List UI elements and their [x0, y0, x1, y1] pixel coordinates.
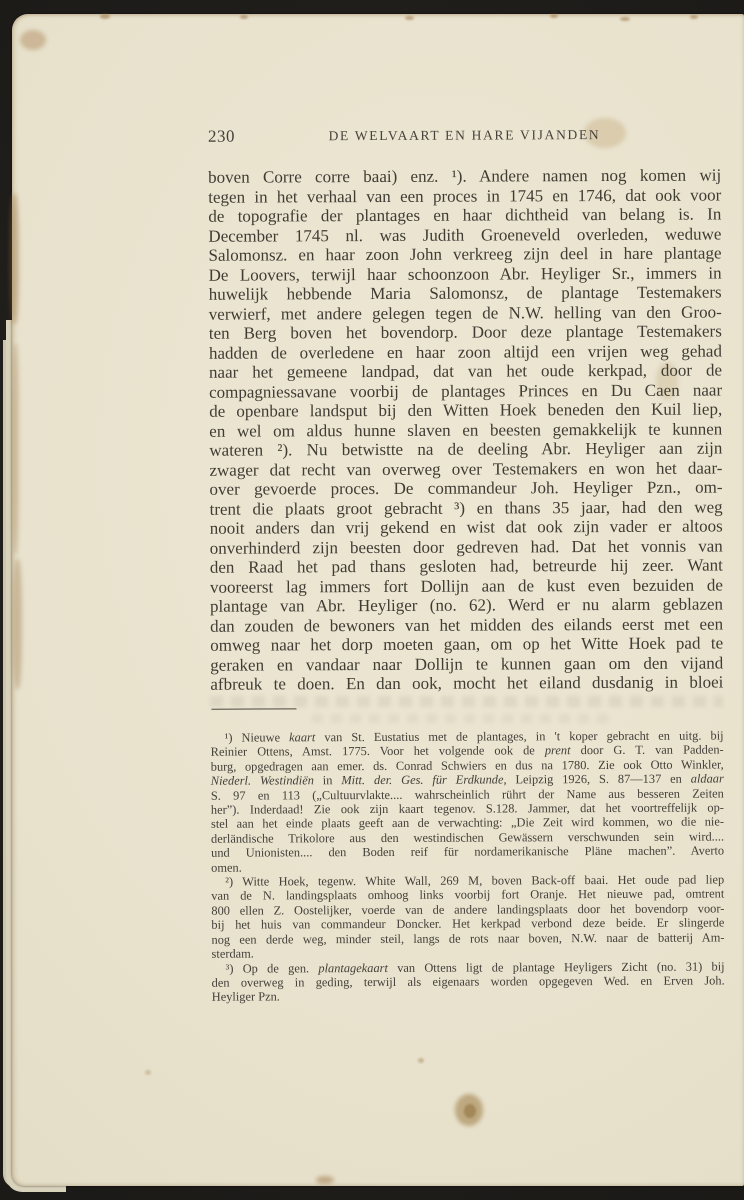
text-line: den Raad het pad thans gesloten had, bet… [210, 555, 723, 577]
running-header: DE WELVAART EN HARE VIJANDEN [208, 126, 721, 144]
text-line: De Loovers, terwijl haar schoonzoon Abr.… [209, 263, 722, 285]
text-line: zwager dat recht van overweg over Testem… [209, 458, 722, 480]
text-line: huwelijk hebbende Maria Salomonsz, de pl… [209, 282, 722, 304]
text-line: over gevoerde proces. De commandeur Joh.… [209, 477, 722, 499]
text-line: de topografie der plantages en haar dich… [208, 204, 721, 226]
text-line: trent die plaats groot gebracht ³) en th… [210, 497, 723, 519]
text-line: boven Corre corre baai) enz. ¹). Andere … [208, 165, 721, 187]
text-line: und Unionisten.... den Boden reif für no… [211, 844, 724, 861]
text-line: omweg naar het dorp moeten gaan, om op h… [210, 633, 723, 655]
text-line: hadden de overledene en haar zoon altijd… [209, 341, 722, 363]
page-header-row: 230 DE WELVAART EN HARE VIJANDEN [208, 124, 721, 146]
footnote-separator [211, 708, 296, 709]
footnote-2: ²) Witte Hoek, tegenw. White Wall, 269 M… [211, 873, 724, 962]
text-line: geraken en vandaar naar Dollijn te kunne… [210, 653, 723, 675]
text-line: plantage van Abr. Heyliger (no. 62). Wer… [210, 594, 723, 616]
text-line: compagniessavane voorbij de plantages Pr… [209, 380, 722, 402]
body-text: boven Corre corre baai) enz. ¹). Andere … [208, 165, 723, 694]
footnote-3: ³) Op de gen. plantagekaart van Ottens l… [212, 959, 725, 1004]
text-line: Heyliger Pzn. [212, 988, 725, 1005]
text-line: December 1745 nl. was Judith Groeneveld … [208, 224, 721, 246]
text-line: vooreerst lag immers fort Dollijn aan de… [210, 575, 723, 597]
text-line: afbreuk te doen. En dan ook, mocht het e… [210, 672, 723, 694]
text-line: den overweg in geding, terwijl als eigen… [212, 973, 725, 990]
page-content: 230 DE WELVAART EN HARE VIJANDEN boven C… [9, 12, 744, 1187]
footnote-1: ¹) Nieuwe kaart van St. Eustatius met de… [211, 728, 725, 874]
text-line: dan zouden de bewoners van het midden de… [210, 614, 723, 636]
text-line: de openbare landsput bij den Witten Hoek… [209, 399, 722, 421]
footnotes: ¹) Nieuwe kaart van St. Eustatius met de… [211, 728, 725, 1004]
text-line: onverhinderd zijn beesten door gedreven … [210, 536, 723, 558]
scan-viewport: { "colors": { "background": "#211f1c", "… [0, 0, 744, 1200]
text-line: ten Berg boven het bovendorp. Door deze … [209, 321, 722, 343]
text-line: nooit anders dan vrij gekend en wist dat… [210, 516, 723, 538]
text-line: tegen in het verhaal van een proces in 1… [208, 185, 721, 207]
text-line: verwierf, met andere gelegen tegen de N.… [209, 302, 722, 324]
book-page: 230 DE WELVAART EN HARE VIJANDEN boven C… [12, 14, 744, 1186]
text-line: wateren ²). Nu betwistte na de deeling A… [209, 438, 722, 460]
text-line: naar het gemeene landpad, dat van het ou… [209, 360, 722, 382]
text-line: nog een derde weg, minder steil, langs d… [211, 930, 724, 947]
text-line: en wel om aldus hunne slaven en beesten … [209, 419, 722, 441]
text-line: Salomonsz. en haar zoon John verkreeg zi… [208, 243, 721, 265]
